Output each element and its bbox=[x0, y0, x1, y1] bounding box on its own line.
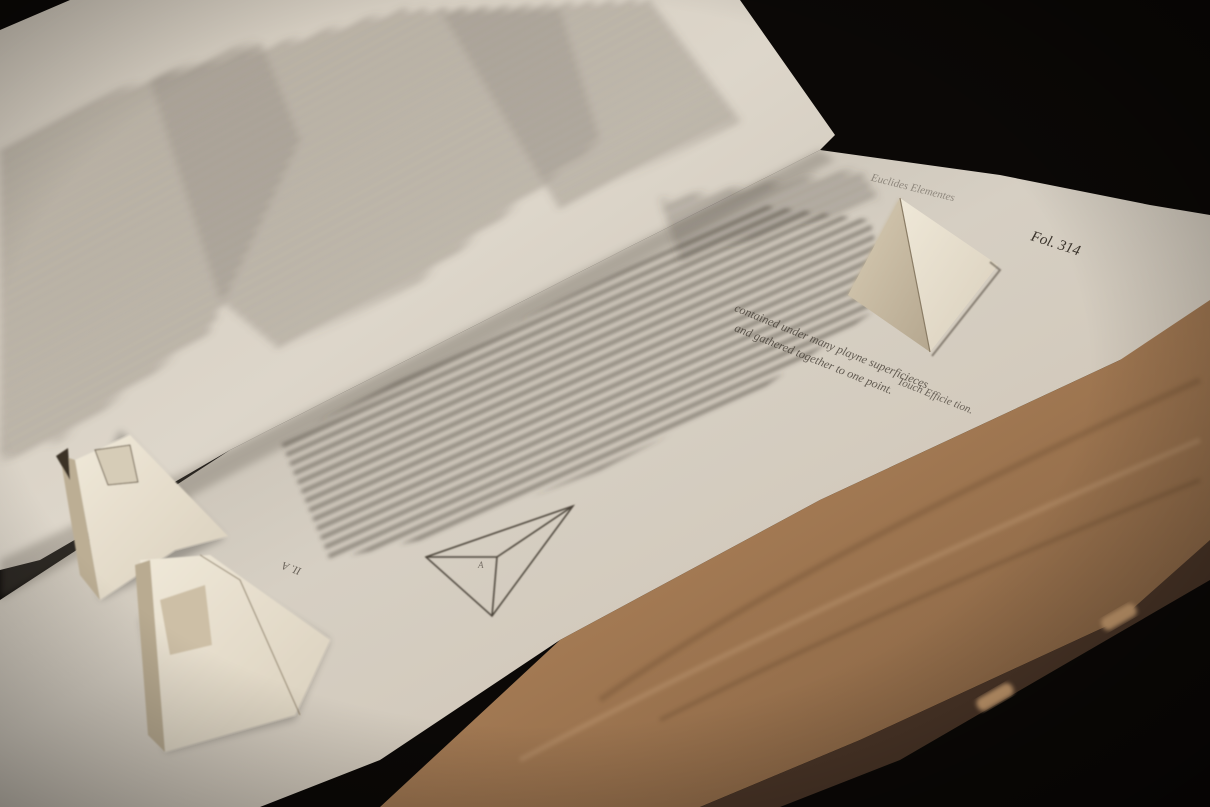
book-scene bbox=[0, 0, 1210, 807]
photograph: Fol. 314 Euclides Elementes contained un… bbox=[0, 0, 1210, 807]
diagram-label-apex: A bbox=[478, 560, 484, 570]
